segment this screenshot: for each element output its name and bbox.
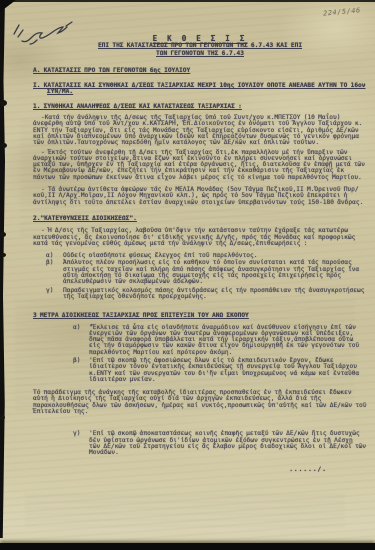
paragraph: -Κατά τήν ἀνάληψιν τῆς Δ/σεως τῆς Ταξιαρ… [33, 115, 367, 146]
list-item-text: Ἀπόλυτος πλέον προσήλωσις εἰς τό καθῆκον… [63, 259, 359, 285]
list-item: γ)'Επί τῷ σκοπῷ ἀποκαταστάσεως κοινῆς ἐπ… [33, 431, 367, 456]
reverse-side-bleedthrough [25, 495, 345, 530]
pencil-date-annotation: 224/5/46 [323, 6, 361, 17]
list-item: γ)Παραδειγματικός κολασμός πάσης ἀντιδρά… [33, 288, 367, 301]
scan-edge-bottom [0, 543, 375, 550]
list-item-label: γ) [73, 431, 80, 437]
scan-artifact [1, 253, 6, 257]
paragraph: - Τά ἀνωτέρω ἀντίθετα ἀφεώρων τάς ἐν ΜΕΛ… [33, 187, 367, 206]
heading-2: 2."ΚΑΤΕΥΘΥΝΣΕΙΣ ΔΙΟΙΚΗΣΕΩΣ". [33, 216, 367, 222]
list-item-text: Παραδειγματικός κολασμός πάσης ἀντιδράσε… [63, 287, 364, 300]
continuation-mark: ....../. [33, 467, 367, 473]
scan-edge-top [0, 0, 375, 2]
section-i-heading: Ι. ΚΑΤΑΣΤΑΣΙΣ ΚΑΙ ΣΥΝΘΗΚΑΙ Δ/ΣΕΩΣ ΤΑΞΙΑΡ… [33, 83, 367, 96]
heading-3: 3 ΜΕΤΡΑ ΔΙΟΙΚΗΣΕΩΣ ΤΑΞΙΑΡΧΙΑΣ ΠΡΟΣ ΕΠΙΤΕ… [33, 313, 367, 319]
list-item-label: β) [73, 358, 80, 364]
list-item-text: 'Επί τῷ σκοπῷ τῆς ἀφοσιώσεως ὅλων εἰς τό… [89, 357, 359, 383]
list-item-label: α) [73, 325, 80, 331]
list-item-label: γ) [46, 288, 53, 294]
scanned-page: Ε Κ Θ Ε Σ Ι Σ ΕΠΙ ΤΗΣ ΚΑΤΑΣΤΑΣΕΩΣ ΠΡΟ ΤΩ… [0, 0, 375, 550]
paragraph: Τό παράδειγμα τῆς ἀνάγκης τῆς καταβολῆς … [33, 390, 367, 415]
paragraph: - Ἡ Δ/σις τῆς Ταξιαρχίας, λαβοῦσα ὑπ'ὄψι… [33, 228, 367, 247]
list-item: β)'Επί τῷ σκοπῷ τῆς ἀφοσιώσεως ὅλων εἰς … [33, 358, 367, 383]
section-a-heading: Α. ΚΑΤΑΣΤΑΣΙΣ ΠΡΟ ΤΩΝ ΓΕΓΟΝΟΤΩΝ 6ης ΙΟΥΛ… [33, 68, 367, 74]
list-item-text: "Ἔκλεισε τά ὦτα εἰς οἱανδήποτε ἀναρμόδιο… [89, 324, 359, 356]
handwritten-ink-scribble [6, 10, 84, 50]
report-body: Ε Κ Θ Ε Σ Ι Σ ΕΠΙ ΤΗΣ ΚΑΤΑΣΤΑΣΕΩΣ ΠΡΟ ΤΩ… [33, 30, 367, 473]
list-item-text: 'Επί τῷ σκοπῷ ἀποκαταστάσεως κοινῆς ἐπαφ… [89, 430, 366, 456]
heading-1: 1. ΣΥΝΘΗΚΑΙ ΑΝΑΛΗΨΕΩΣ Δ/ΣΕΩΣ ΚΑΙ ΚΑΤΑΣΤΑ… [33, 104, 367, 110]
paragraph: - Ἐκτός τούτων ἀνεφέρθη τῇ Δ/σει τῆς Ταξ… [33, 150, 367, 181]
list-item: α)"Ἔκλεισε τά ὦτα εἰς οἱανδήποτε ἀναρμόδ… [33, 325, 367, 356]
scan-artifact [1, 143, 7, 148]
document-subtitle-line: ΤΩΝ ΓΕΓΟΝΟΤΩΝ ΤΗΣ 6.7.43 [33, 51, 367, 57]
list-item: β)Ἀπόλυτος πλέον προσήλωσις εἰς τό καθῆκ… [33, 260, 367, 285]
scan-edge-left [0, 0, 5, 538]
list-item-label: β) [46, 260, 53, 266]
scan-artifact [0, 100, 7, 106]
report-sections: Α. ΚΑΤΑΣΤΑΣΙΣ ΠΡΟ ΤΩΝ ΓΕΓΟΝΟΤΩΝ 6ης ΙΟΥΛ… [33, 68, 367, 457]
scan-artifact [0, 415, 5, 420]
scan-artifact [0, 232, 6, 237]
